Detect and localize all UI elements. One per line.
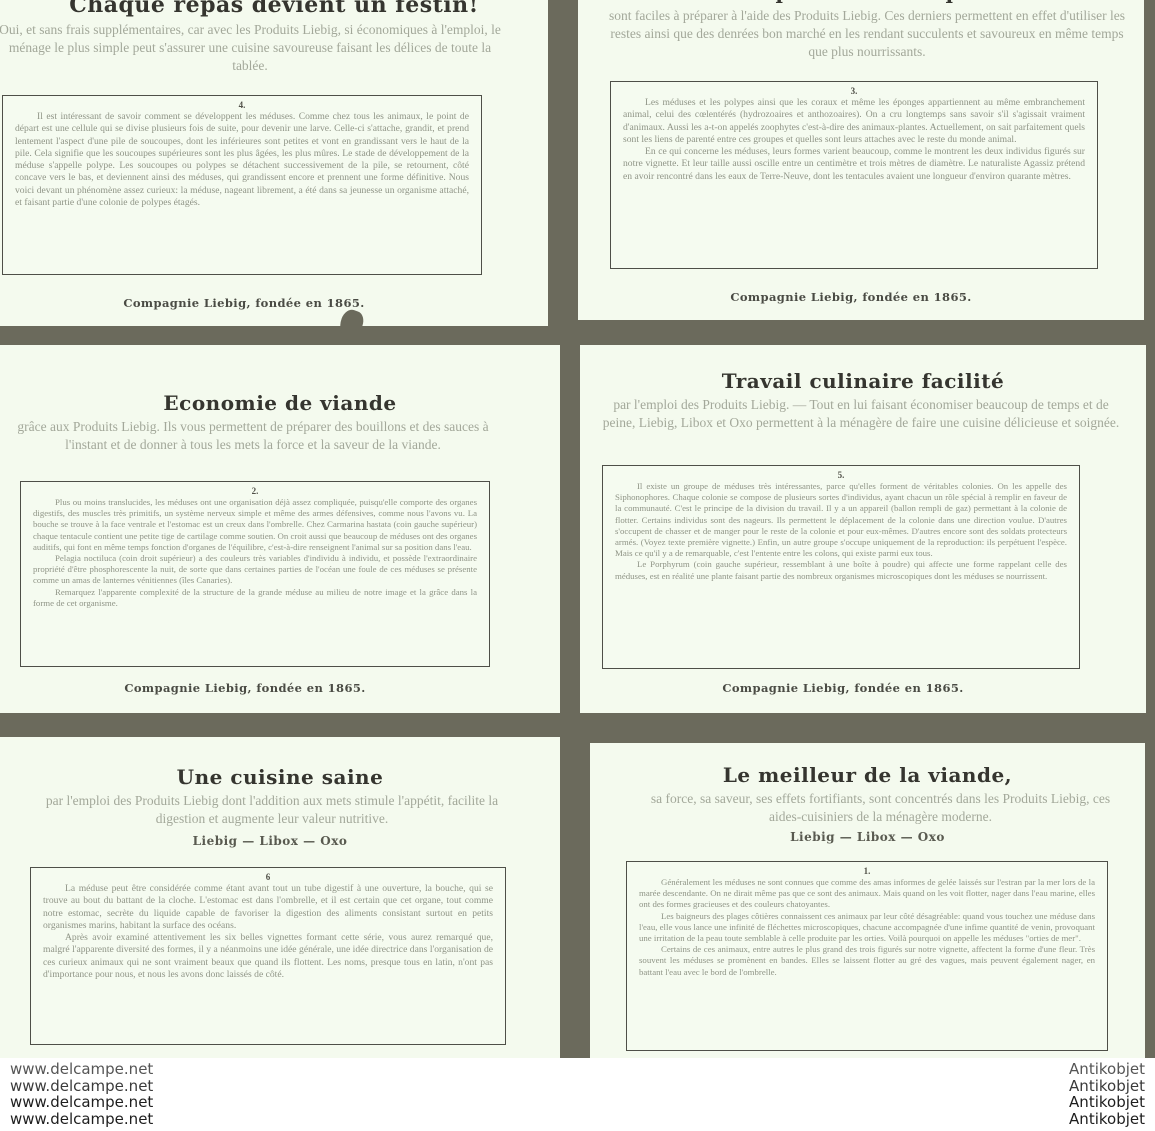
card-meilleur-viande: Le meilleur de la viande, sa force, sa s… bbox=[590, 743, 1145, 1058]
watermark-line: www.delcampe.net bbox=[10, 1094, 153, 1111]
card-intro: par l'emploi des Produits Liebig. — Tout… bbox=[598, 396, 1124, 432]
watermark-antikobjet: Antikobjet Antikobjet Antikobjet Antikob… bbox=[1069, 1061, 1145, 1127]
card-body: Les méduses et les polypes ainsi que les… bbox=[623, 97, 1085, 183]
card-intro: sa force, sa saveur, ses effets fortifia… bbox=[636, 790, 1125, 826]
card-economie-viande: Economie de viande grâce aux Produits Li… bbox=[0, 345, 560, 713]
watermark-line: Antikobjet bbox=[1069, 1094, 1145, 1111]
watermark-line: www.delcampe.net bbox=[10, 1111, 153, 1128]
watermark-line: www.delcampe.net bbox=[10, 1061, 153, 1078]
card-number: 3. bbox=[623, 86, 1085, 96]
card-footer: Compagnie Liebig, fondée en 1865. bbox=[580, 681, 1146, 695]
card-paragraph: Il est intéressant de savoir comment se … bbox=[15, 111, 469, 209]
watermark-delcampe: www.delcampe.net www.delcampe.net www.de… bbox=[10, 1061, 153, 1127]
card-paragraph: Après avoir examiné attentivement les si… bbox=[43, 932, 493, 981]
watermark-line: Antikobjet bbox=[1069, 1078, 1145, 1095]
card-paragraph: Les méduses et les polypes ainsi que les… bbox=[623, 97, 1085, 146]
card-intro: Oui, et sans frais supplémentaires, car … bbox=[0, 21, 504, 75]
card-paragraph: En ce qui concerne les méduses, leurs fo… bbox=[623, 146, 1085, 183]
card-paragraph: Remarquez l'apparente complexité de la s… bbox=[33, 587, 477, 609]
card-body: Plus ou moins translucides, les méduses … bbox=[33, 497, 477, 609]
card-body: Il existe un groupe de méduses très inté… bbox=[615, 481, 1067, 582]
card-title: Une cuisine saine bbox=[0, 765, 560, 789]
card-number: 1. bbox=[639, 866, 1095, 876]
card-text-box: 6 La méduse peut être considérée comme é… bbox=[30, 867, 506, 1045]
card-text-box: 1. Généralement les méduses ne sont conn… bbox=[626, 861, 1108, 1051]
card-chaque-repas: Chaque repas devient un festin! Oui, et … bbox=[0, 0, 548, 326]
card-text-box: 4. Il est intéressant de savoir comment … bbox=[2, 95, 482, 275]
card-brands: Liebig — Libox — Oxo bbox=[590, 830, 1145, 844]
card-intro: grâce aux Produits Liebig. Ils vous perm… bbox=[14, 418, 492, 454]
card-footer: Compagnie Liebig, fondée en 1865. bbox=[578, 290, 1144, 304]
card-paragraph: Il existe un groupe de méduses très inté… bbox=[615, 481, 1067, 559]
card-text-box: 2. Plus ou moins translucides, les médus… bbox=[20, 481, 490, 667]
scanned-card-sheet: Chaque repas devient un festin! Oui, et … bbox=[0, 0, 1155, 1058]
card-title: Travail culinaire facilité bbox=[580, 369, 1146, 393]
card-paragraph: Le Porphyrum (coin gauche supérieur, res… bbox=[615, 559, 1067, 581]
watermark-line: Antikobjet bbox=[1069, 1061, 1145, 1078]
card-footer: Compagnie Liebig, fondée en 1865. bbox=[0, 296, 548, 310]
card-footer: Compagnie Liebig, fondée en 1865. bbox=[0, 681, 560, 695]
card-title: Les plats économiques bbox=[578, 0, 1144, 4]
card-number: 6 bbox=[43, 872, 493, 882]
card-intro: sont faciles à préparer à l'aide des Pro… bbox=[600, 7, 1134, 61]
card-title: Chaque repas devient un festin! bbox=[0, 0, 548, 18]
card-body: La méduse peut être considérée comme éta… bbox=[43, 883, 493, 981]
card-paragraph: Pelagia noctiluca (coin droit supérieur)… bbox=[33, 553, 477, 587]
card-paragraph: Certains de ces animaux, entre autres le… bbox=[639, 944, 1095, 978]
card-body: Il est intéressant de savoir comment se … bbox=[15, 111, 469, 209]
card-brands: Liebig — Libox — Oxo bbox=[0, 834, 560, 848]
card-text-box: 5. Il existe un groupe de méduses très i… bbox=[602, 465, 1080, 669]
card-number: 2. bbox=[33, 486, 477, 496]
card-plats-economiques: Les plats économiques sont faciles à pré… bbox=[578, 0, 1144, 320]
card-title: Le meilleur de la viande, bbox=[590, 763, 1145, 787]
card-number: 4. bbox=[15, 100, 469, 110]
card-cuisine-saine: Une cuisine saine par l'emploi des Produ… bbox=[0, 737, 560, 1058]
card-paragraph: La méduse peut être considérée comme éta… bbox=[43, 883, 493, 932]
card-travail-culinaire: Travail culinaire facilité par l'emploi … bbox=[580, 345, 1146, 713]
card-paragraph: Généralement les méduses ne sont connues… bbox=[639, 877, 1095, 911]
card-paragraph: Plus ou moins translucides, les méduses … bbox=[33, 497, 477, 553]
card-paragraph: Les baigneurs des plages côtières connai… bbox=[639, 911, 1095, 945]
card-title: Economie de viande bbox=[0, 391, 560, 415]
card-number: 5. bbox=[615, 470, 1067, 480]
card-body: Généralement les méduses ne sont connues… bbox=[639, 877, 1095, 978]
watermark-line: Antikobjet bbox=[1069, 1111, 1145, 1128]
card-text-box: 3. Les méduses et les polypes ainsi que … bbox=[610, 81, 1098, 269]
card-intro: par l'emploi des Produits Liebig dont l'… bbox=[20, 792, 524, 828]
watermark-line: www.delcampe.net bbox=[10, 1078, 153, 1095]
